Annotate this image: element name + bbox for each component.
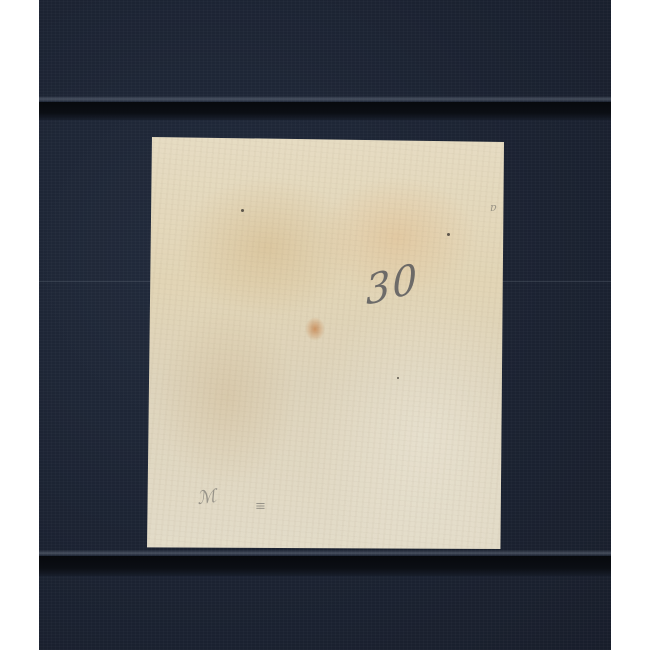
speck: [397, 377, 399, 379]
strip-bottom-shadow: [39, 556, 611, 576]
faint-mark-lower-middle: ≡: [255, 499, 265, 514]
photo-canvas: 30 ℳ ≡ ɐ: [0, 0, 650, 650]
stamp-back: 30 ℳ ≡ ɐ: [147, 137, 504, 549]
pencil-annotation: 30: [365, 255, 420, 315]
faint-mark-right-edge: ɐ: [490, 201, 497, 214]
strip-top-shadow: [39, 102, 611, 120]
speck: [241, 209, 244, 212]
faint-mark-lower-left: ℳ: [196, 486, 218, 509]
speck: [447, 233, 450, 236]
